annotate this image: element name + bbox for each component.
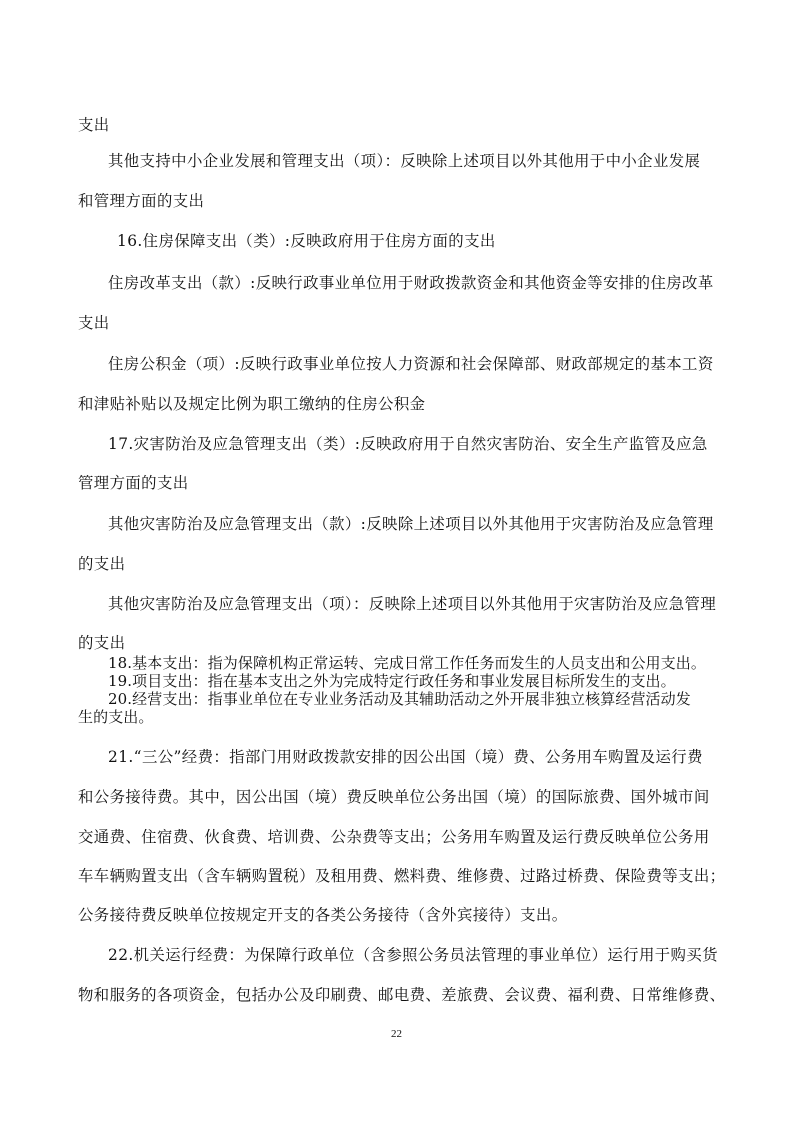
text-line: 的支出	[78, 633, 125, 653]
page-number: 22	[0, 1028, 793, 1040]
text-line: 车车辆购置支出（含车辆购置税）及租用费、燃料费、维修费、过路过桥费、保险费等支出…	[78, 866, 725, 886]
text-line: 其他灾害防治及应急管理支出（项）：反映除上述项目以外其他用于灾害防治及应急管理	[108, 594, 716, 614]
text-line: 住房改革支出（款）:反映行政事业单位用于财政拨款资金和其他资金等安排的住房改革	[108, 273, 714, 293]
section-heading-20: 20.经营支出：指事业单位在专业业务活动及其辅助活动之外开展非独立核算经营活动发	[108, 689, 691, 709]
text-line: 的支出	[78, 554, 125, 574]
text-line: 住房公积金（项）:反映行政事业单位按人力资源和社会保障部、财政部规定的基本工资	[108, 354, 714, 374]
text-line: 管理方面的支出	[78, 473, 189, 493]
text-line: 支出	[78, 115, 110, 135]
text-line: 物和服务的各项资金，包括办公及印刷费、邮电费、差旅费、会议费、福利费、日常维修费…	[78, 985, 725, 1005]
section-heading-19: 19.项目支出：指在基本支出之外为完成特定行政任务和事业发展目标所发生的支出。	[108, 671, 676, 691]
text-line: 其他支持中小企业发展和管理支出（项）：反映除上述项目以外其他用于中小企业发展	[108, 151, 700, 171]
section-heading-17: 17.灾害防治及应急管理支出（类）:反映政府用于自然灾害防治、安全生产监管及应急	[108, 434, 708, 454]
text-line: 生的支出。	[78, 707, 154, 727]
text-line: 和公务接待费。其中，因公出国（境）费反映单位公务出国（境）的国际旅费、国外城市间	[78, 787, 710, 807]
section-heading-22: 22.机关运行经费：为保障行政单位（含参照公务员法管理的事业单位）运行用于购买货	[108, 945, 718, 965]
section-heading-16: 16.住房保障支出（类）:反映政府用于住房方面的支出	[117, 231, 496, 251]
text-line: 其他灾害防治及应急管理支出（款）:反映除上述项目以外其他用于灾害防治及应急管理	[108, 514, 714, 534]
text-line: 和津贴补贴以及规定比例为职工缴纳的住房公积金	[78, 394, 425, 414]
text-line: 公务接待费反映单位按规定开支的各类公务接待（含外宾接待）支出。	[78, 905, 568, 925]
section-heading-18: 18.基本支出：指为保障机构正常运转、完成日常工作任务而发生的人员支出和公用支出…	[108, 653, 706, 673]
section-heading-21: 21.“三公”经费：指部门用财政拨款安排的因公出国（境）费、公务用车购置及运行费	[108, 747, 703, 767]
text-line: 和管理方面的支出	[78, 191, 204, 211]
text-line: 支出	[78, 313, 110, 333]
text-line: 交通费、住宿费、伙食费、培训费、公杂费等支出；公务用车购置及运行费反映单位公务用	[78, 827, 710, 847]
